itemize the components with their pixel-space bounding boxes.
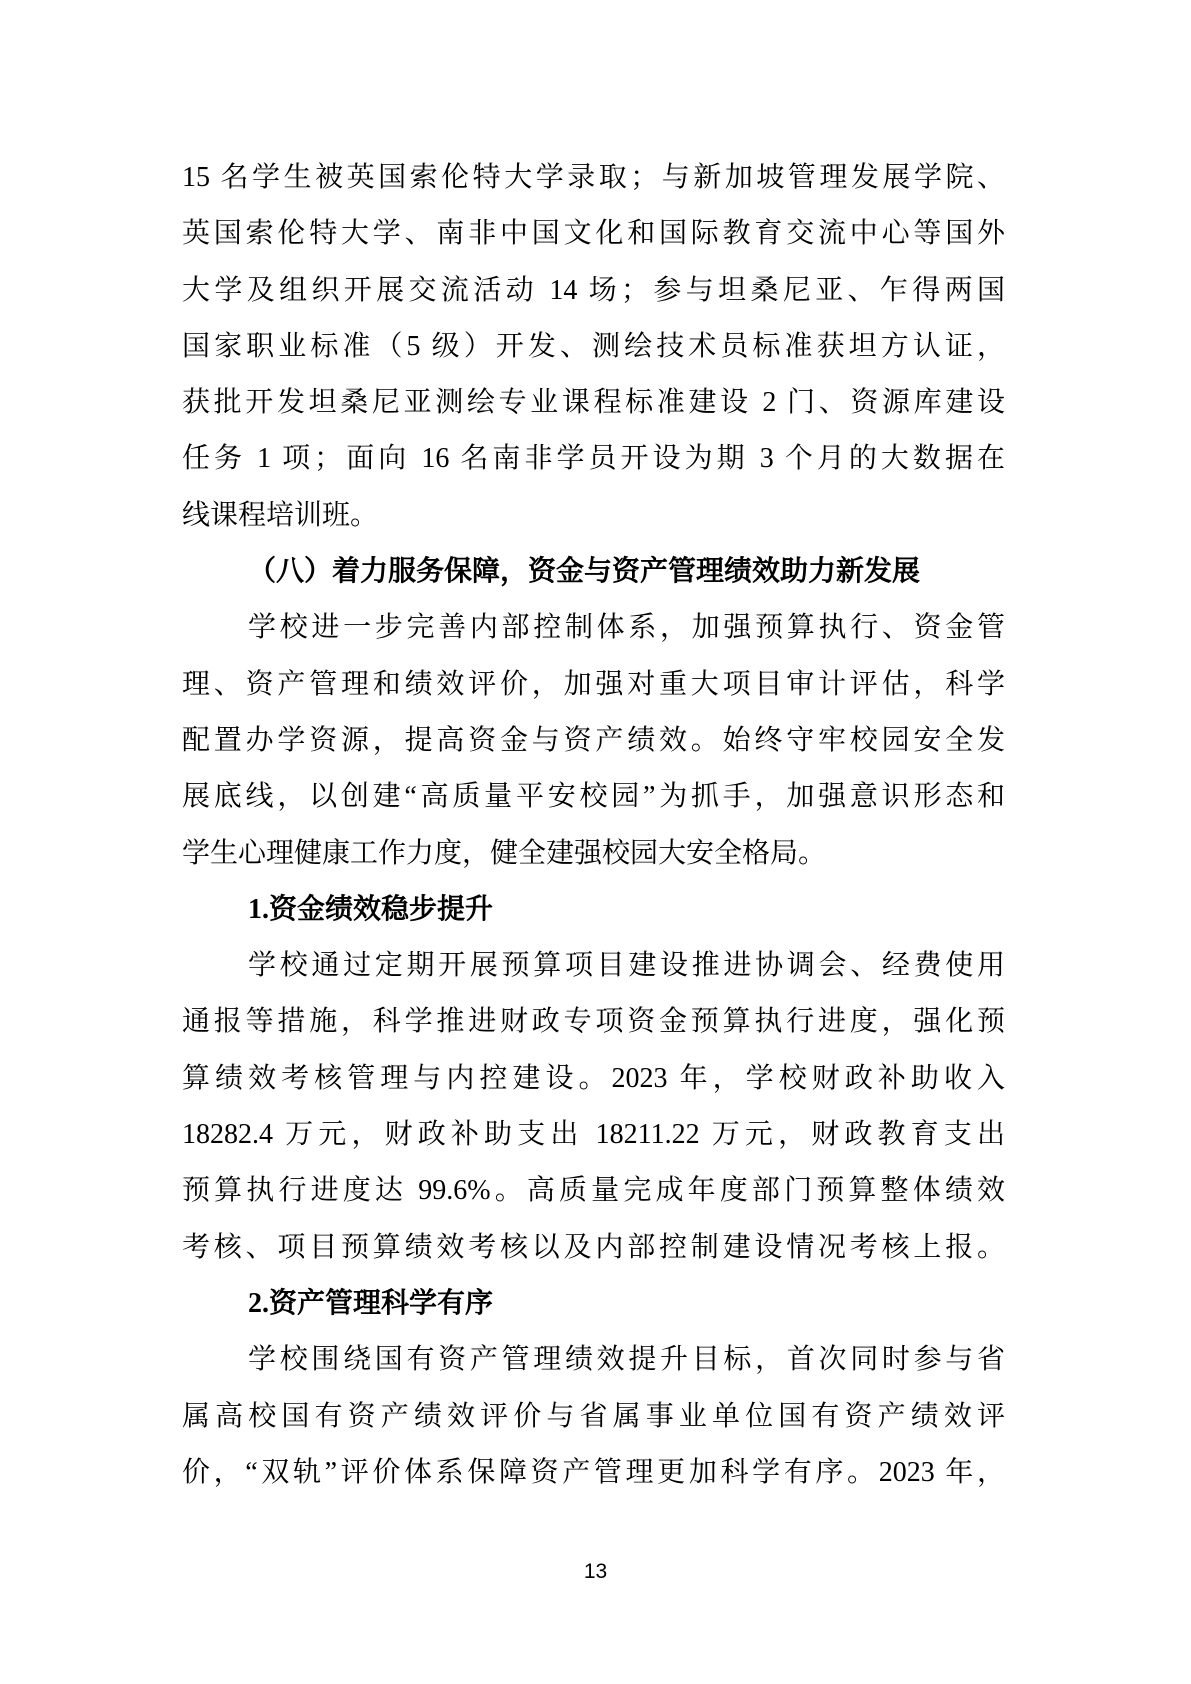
body-text-line: 预算执行进度达 99.6%。高质量完成年度部门预算整体绩效 (182, 1163, 1005, 1219)
document-text-block: 15 名学生被英国索伦特大学录取；与新加坡管理发展学院、 英国索伦特大学、南非中… (182, 150, 1005, 1501)
body-text-line: 理、资产管理和绩效评价，加强对重大项目审计评估，科学 (182, 657, 1005, 713)
subsection-heading: 1.资金绩效稳步提升 (182, 882, 1005, 938)
document-page: { "colors": { "background": "#ffffff", "… (0, 0, 1191, 1684)
body-text-line: 价，“双轨”评价体系保障资产管理更加科学有序。2023 年， (182, 1445, 1005, 1501)
body-text-line: 任务 1 项；面向 16 名南非学员开设为期 3 个月的大数据在 (182, 431, 1005, 487)
body-text-line: 展底线，以创建“高质量平安校园”为抓手，加强意识形态和 (182, 769, 1005, 825)
body-text-line: 学生心理健康工作力度，健全建强校园大安全格局。 (182, 826, 1005, 882)
body-text-line: 获批开发坦桑尼亚测绘专业课程标准建设 2 门、资源库建设 (182, 375, 1005, 431)
body-text-line: 学校通过定期开展预算项目建设推进协调会、经费使用 (182, 938, 1005, 994)
body-text-line: 学校围绕国有资产管理绩效提升目标，首次同时参与省 (182, 1332, 1005, 1388)
body-text-line: 学校进一步完善内部控制体系，加强预算执行、资金管 (182, 600, 1005, 656)
body-text-line: 15 名学生被英国索伦特大学录取；与新加坡管理发展学院、 (182, 150, 1005, 206)
body-text-line: 考核、项目预算绩效考核以及内部控制建设情况考核上报。 (182, 1220, 1005, 1276)
subsection-heading: 2.资产管理科学有序 (182, 1276, 1005, 1332)
body-text-line: 英国索伦特大学、南非中国文化和国际教育交流中心等国外 (182, 206, 1005, 262)
body-text-line: 18282.4 万元，财政补助支出 18211.22 万元，财政教育支出 (182, 1107, 1005, 1163)
body-text-line: 大学及组织开展交流活动 14 场；参与坦桑尼亚、乍得两国 (182, 263, 1005, 319)
section-heading: （八）着力服务保障，资金与资产管理绩效助力新发展 (182, 544, 1005, 600)
page-number: 13 (0, 1560, 1191, 1584)
body-text-line: 通报等措施，科学推进财政专项资金预算执行进度，强化预 (182, 994, 1005, 1050)
body-text-line: 配置办学资源，提高资金与资产绩效。始终守牢校园安全发 (182, 713, 1005, 769)
body-text-line: 属高校国有资产绩效评价与省属事业单位国有资产绩效评 (182, 1389, 1005, 1445)
body-text-line: 算绩效考核管理与内控建设。2023 年，学校财政补助收入 (182, 1051, 1005, 1107)
body-text-line: 国家职业标准（5 级）开发、测绘技术员标准获坦方认证， (182, 319, 1005, 375)
body-text-line: 线课程培训班。 (182, 488, 1005, 544)
